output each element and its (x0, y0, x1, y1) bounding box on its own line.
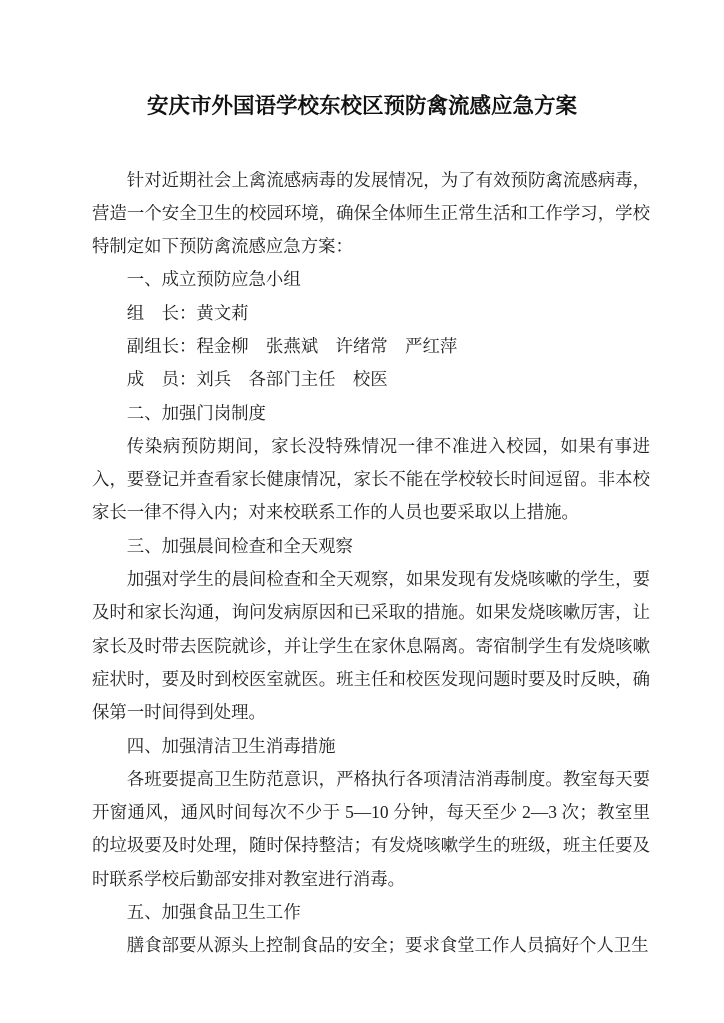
paragraph-6: 二、加强门岗制度 (92, 397, 650, 430)
paragraph-1: 针对近期社会上禽流感病毒的发展情况，为了有效预防禽流感病毒，营造一个安全卫生的校… (92, 164, 650, 264)
paragraph-3: 组 长：黄文莉 (92, 297, 650, 330)
paragraph-7: 传染病预防期间，家长没特殊情况一律不准进入校园，如果有事进入，要登记并查看家长健… (92, 430, 650, 530)
document-title: 安庆市外国语学校东校区预防禽流感应急方案 (0, 93, 724, 119)
paragraph-2: 一、成立预防应急小组 (92, 263, 650, 296)
paragraph-11: 各班要提高卫生防范意识，严格执行各项清洁消毒制度。教室每天要开窗通风，通风时间每… (92, 763, 650, 896)
paragraph-12: 五、加强食品卫生工作 (92, 896, 650, 929)
document-page: 安庆市外国语学校东校区预防禽流感应急方案 针对近期社会上禽流感病毒的发展情况，为… (0, 0, 724, 1023)
document-body: 针对近期社会上禽流感病毒的发展情况，为了有效预防禽流感病毒，营造一个安全卫生的校… (92, 164, 650, 963)
paragraph-5: 成 员：刘兵 各部门主任 校医 (92, 363, 650, 396)
paragraph-13: 膳食部要从源头上控制食品的安全；要求食堂工作人员搞好个人卫生 (92, 929, 650, 962)
paragraph-4: 副组长：程金柳 张燕斌 许绪常 严红萍 (92, 330, 650, 363)
paragraph-9: 加强对学生的晨间检查和全天观察，如果发现有发烧咳嗽的学生，要及时和家长沟通，询问… (92, 563, 650, 729)
paragraph-8: 三、加强晨间检查和全天观察 (92, 530, 650, 563)
paragraph-10: 四、加强清洁卫生消毒措施 (92, 730, 650, 763)
